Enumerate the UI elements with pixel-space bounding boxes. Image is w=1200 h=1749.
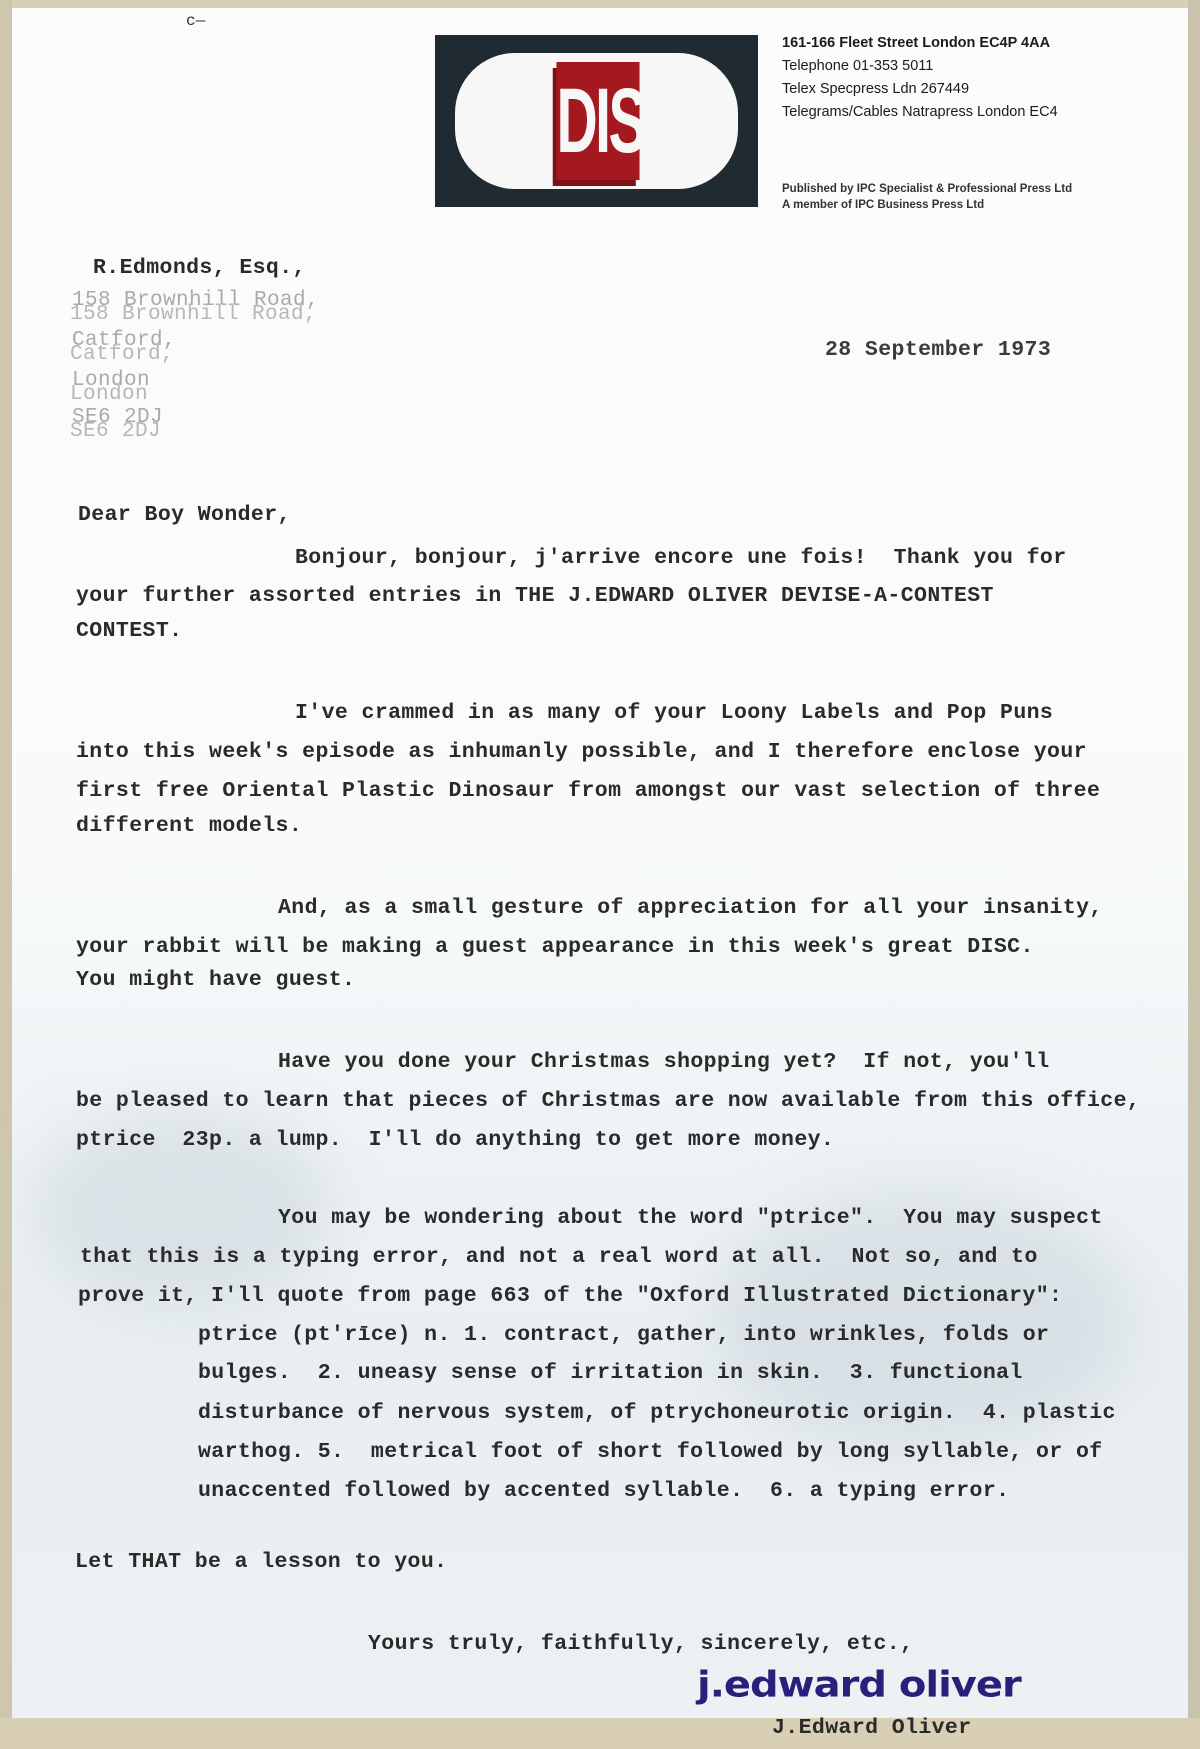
letterhead-address: 161-166 Fleet Street London EC4P 4AA [782, 35, 1050, 51]
body-line: that this is a typing error, and not a r… [80, 1247, 1038, 1269]
letterhead-member: A member of IPC Business Press Ltd [782, 199, 984, 211]
body-line: You may be wondering about the word "ptr… [278, 1208, 1103, 1230]
handwritten-signature: j.edward oliver [697, 1664, 1021, 1705]
recipient-address-line: 158 Brownhill Road,158 Brownhill Road, [72, 290, 319, 311]
letterhead-publisher: Published by IPC Specialist & Profession… [782, 183, 1072, 195]
letterhead-telephone: Telephone 01-353 5011 [782, 58, 933, 74]
body-line: I've crammed in as many of your Loony La… [295, 703, 1053, 725]
body-line: into this week's episode as inhumanly po… [76, 742, 1087, 764]
definition-line: unaccented followed by accented syllable… [198, 1481, 1009, 1503]
body-line: your rabbit will be making a guest appea… [76, 937, 1034, 959]
body-line: And, as a small gesture of appreciation … [278, 898, 1103, 920]
definition-line: warthog. 5. metrical foot of short follo… [198, 1442, 1103, 1464]
typed-name: J.Edward Oliver [772, 1718, 972, 1740]
body-line: You might have guest. [76, 970, 355, 992]
logo-wordmark: DISC [556, 62, 639, 180]
valediction: Yours truly, faithfully, sincerely, etc.… [368, 1634, 913, 1656]
body-line: Have you done your Christmas shopping ye… [278, 1052, 1050, 1074]
pencil-mark: c— [186, 12, 205, 30]
body-line: Bonjour, bonjour, j'arrive encore une fo… [295, 548, 1067, 570]
body-line: prove it, I'll quote from page 663 of th… [78, 1286, 1062, 1308]
body-line: your further assorted entries in THE J.E… [76, 586, 994, 608]
closing-line: Let THAT be a lesson to you. [75, 1552, 447, 1574]
recipient-name: R.Edmonds, Esq., [93, 258, 306, 280]
definition-line: ptrice (pt'rīce) n. 1. contract, gather,… [198, 1325, 1049, 1347]
recipient-address-line: SE6 2DJSE6 2DJ [72, 407, 163, 428]
letter-date: 28 September 1973 [825, 340, 1051, 362]
recipient-address-line: Catford,Catford, [72, 330, 176, 351]
salutation: Dear Boy Wonder, [78, 505, 291, 527]
body-line: ptrice 23p. a lump. I'll do anything to … [76, 1130, 834, 1152]
recipient-address-line: LondonLondon [72, 370, 150, 391]
definition-line: bulges. 2. uneasy sense of irritation in… [198, 1363, 1023, 1385]
paper-edge-top [0, 0, 1200, 8]
paper-edge-left [0, 0, 12, 1749]
paper-edge-bottom [0, 1718, 1200, 1749]
body-line: CONTEST. [76, 621, 182, 643]
definition-line: disturbance of nervous system, of ptrych… [198, 1403, 1116, 1425]
body-line: first free Oriental Plastic Dinosaur fro… [76, 781, 1100, 803]
paper-edge-right [1188, 0, 1200, 1749]
body-line: be pleased to learn that pieces of Chris… [76, 1091, 1140, 1113]
disc-logo: DISC [435, 35, 758, 207]
body-line: different models. [76, 816, 302, 838]
letterhead-telex: Telex Specpress Ldn 267449 [782, 81, 969, 97]
letterhead-telegrams: Telegrams/Cables Natrapress London EC4 [782, 104, 1058, 120]
